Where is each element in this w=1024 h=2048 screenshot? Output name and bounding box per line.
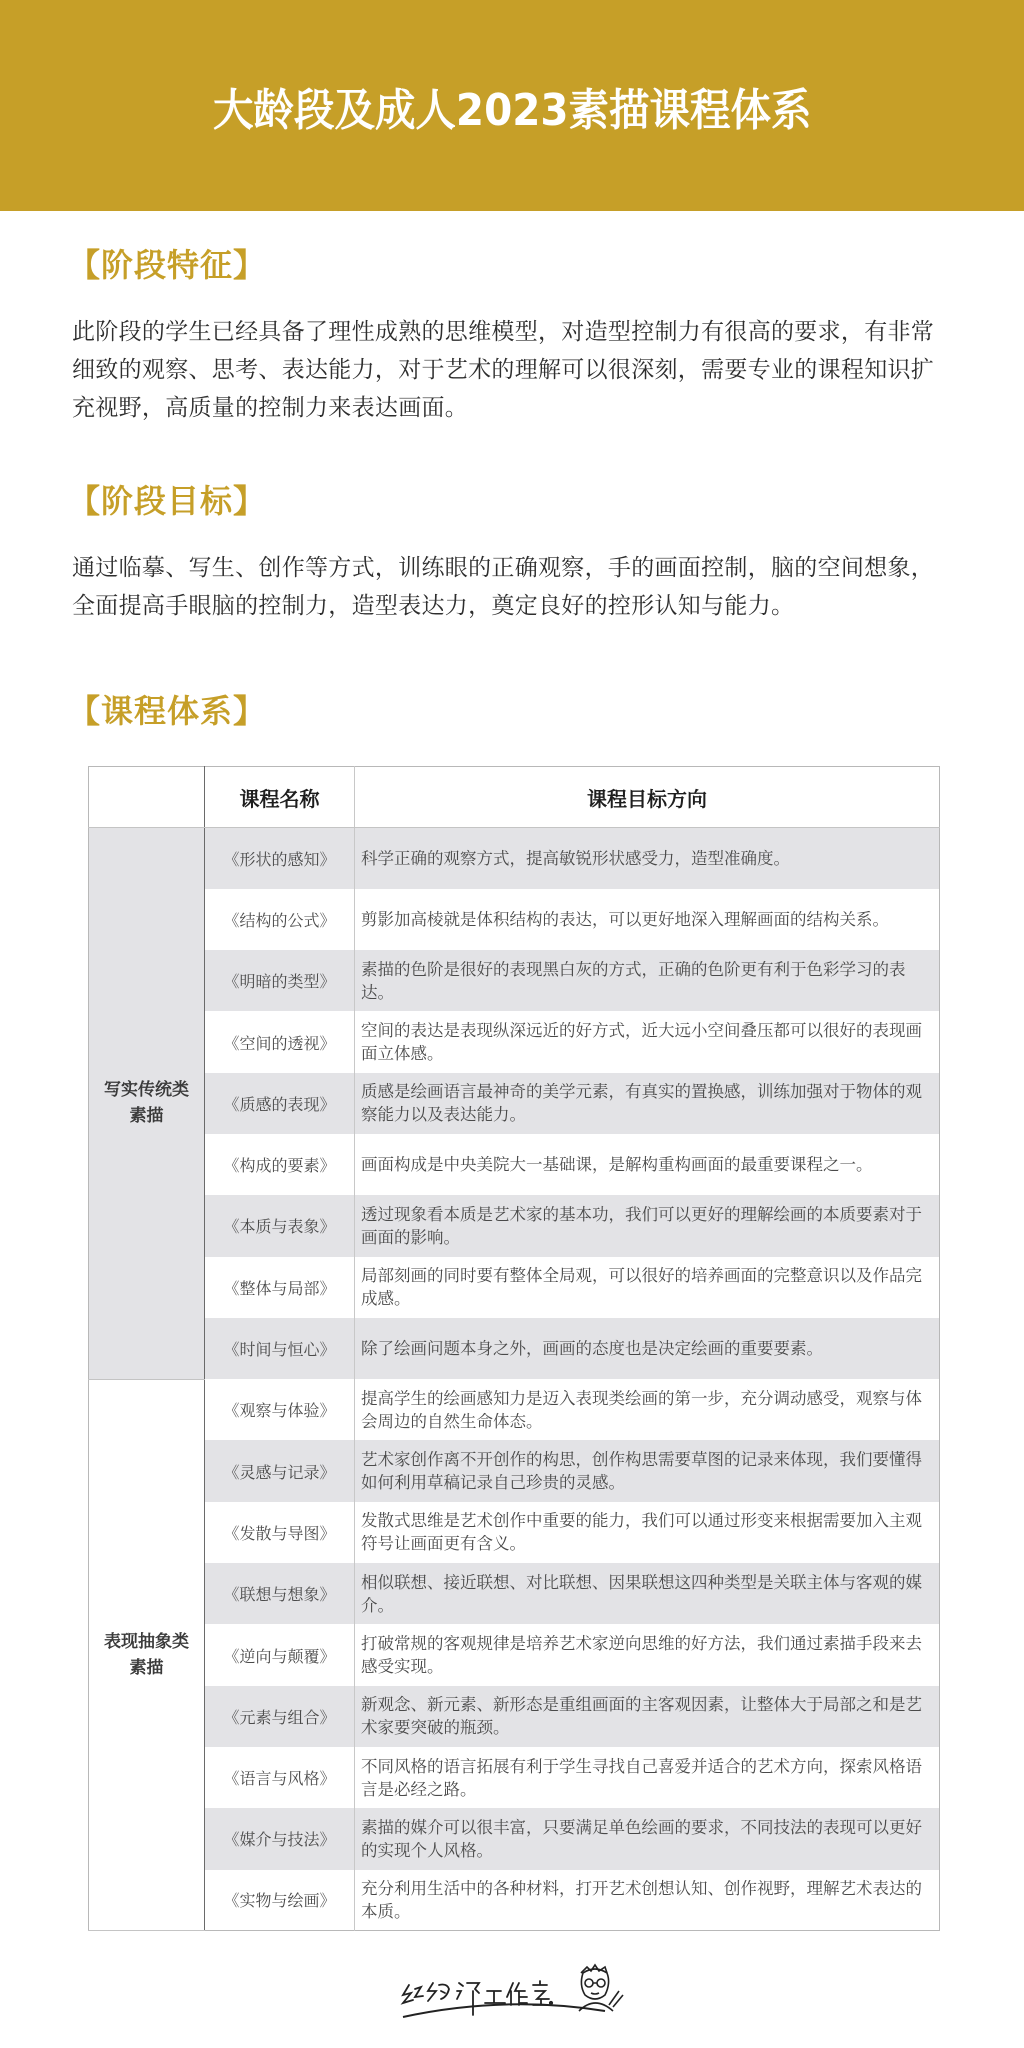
table-header-row: 课程名称 课程目标方向: [89, 767, 940, 828]
table-row: 《实物与绘画》充分利用生活中的各种材料，打开艺术创想认知、创作视野，理解艺术表达…: [89, 1870, 940, 1931]
course-goal-cell: 科学正确的观察方式，提高敏锐形状感受力，造型准确度。: [355, 828, 940, 889]
section-title-system: 【课程体系】: [68, 686, 266, 732]
course-goal-cell: 剪影加高棱就是体积结构的表达，可以更好地深入理解画面的结构关系。: [355, 889, 940, 950]
course-name-cell: 《媒介与技法》: [205, 1808, 355, 1869]
section-title-features: 【阶段特征】: [68, 240, 266, 286]
course-goal-cell: 相似联想、接近联想、对比联想、因果联想这四种类型是关联主体与客观的媒介。: [355, 1563, 940, 1624]
table-row: 《空间的透视》空间的表达是表现纵深远近的好方式，近大远小空间叠压都可以很好的表现…: [89, 1011, 940, 1072]
table-row: 《整体与局部》局部刻画的同时要有整体全局观，可以很好的培养画面的完整意识以及作品…: [89, 1257, 940, 1318]
section-title-goals: 【阶段目标】: [68, 476, 266, 522]
header-course-name: 课程名称: [205, 767, 355, 828]
table-row: 《明暗的类型》素描的色阶是很好的表现黑白灰的方式，正确的色阶更有利于色彩学习的表…: [89, 950, 940, 1011]
header-category: [89, 767, 205, 828]
category-label-line: 表现抽象类: [89, 1629, 204, 1655]
course-goal-cell: 除了绘画问题本身之外，画画的态度也是决定绘画的重要要素。: [355, 1318, 940, 1379]
course-goal-cell: 发散式思维是艺术创作中重要的能力，我们可以通过形变来根据需要加入主观符号让画面更…: [355, 1502, 940, 1563]
table-row: 《结构的公式》剪影加高棱就是体积结构的表达，可以更好地深入理解画面的结构关系。: [89, 889, 940, 950]
header-course-goal: 课程目标方向: [355, 767, 940, 828]
course-name-cell: 《空间的透视》: [205, 1011, 355, 1072]
course-goal-cell: 局部刻画的同时要有整体全局观，可以很好的培养画面的完整意识以及作品完成感。: [355, 1257, 940, 1318]
course-goal-cell: 空间的表达是表现纵深远近的好方式，近大远小空间叠压都可以很好的表现画面立体感。: [355, 1011, 940, 1072]
table-row: 《逆向与颠覆》打破常规的客观规律是培养艺术家逆向思维的好方法，我们通过素描手段来…: [89, 1624, 940, 1685]
course-name-cell: 《明暗的类型》: [205, 950, 355, 1011]
course-name-cell: 《时间与恒心》: [205, 1318, 355, 1379]
course-goal-cell: 素描的色阶是很好的表现黑白灰的方式，正确的色阶更有利于色彩学习的表达。: [355, 950, 940, 1011]
course-name-cell: 《观察与体验》: [205, 1379, 355, 1440]
studio-signature: [395, 1955, 635, 2035]
course-goal-cell: 充分利用生活中的各种材料，打开艺术创想认知、创作视野，理解艺术表达的本质。: [355, 1870, 940, 1931]
table-row: 《构成的要素》画面构成是中央美院大一基础课，是解构重构画面的最重要课程之一。: [89, 1134, 940, 1195]
table-row: 《灵感与记录》艺术家创作离不开创作的构思，创作构思需要草图的记录来体现，我们要懂…: [89, 1440, 940, 1501]
course-goal-cell: 透过现象看本质是艺术家的基本功，我们可以更好的理解绘画的本质要素对于画面的影响。: [355, 1195, 940, 1256]
course-name-cell: 《形状的感知》: [205, 828, 355, 889]
header-banner: 大龄段及成人2023素描课程体系: [0, 0, 1024, 211]
table-row: 表现抽象类素描《观察与体验》提高学生的绘画感知力是迈入表现类绘画的第一步，充分调…: [89, 1379, 940, 1440]
table-row: 《时间与恒心》除了绘画问题本身之外，画画的态度也是决定绘画的重要要素。: [89, 1318, 940, 1379]
table-row: 《本质与表象》透过现象看本质是艺术家的基本功，我们可以更好的理解绘画的本质要素对…: [89, 1195, 940, 1256]
table-row: 写实传统类素描《形状的感知》科学正确的观察方式，提高敏锐形状感受力，造型准确度。: [89, 828, 940, 889]
table-row: 《联想与想象》相似联想、接近联想、对比联想、因果联想这四种类型是关联主体与客观的…: [89, 1563, 940, 1624]
course-name-cell: 《灵感与记录》: [205, 1440, 355, 1501]
goals-paragraph: 通过临摹、写生、创作等方式，训练眼的正确观察，手的画面控制，脑的空间想象，全面提…: [72, 549, 952, 625]
course-name-cell: 《逆向与颠覆》: [205, 1624, 355, 1685]
course-goal-cell: 新观念、新元素、新形态是重组画面的主客观因素，让整体大于局部之和是艺术家要突破的…: [355, 1686, 940, 1747]
course-goal-cell: 画面构成是中央美院大一基础课，是解构重构画面的最重要课程之一。: [355, 1134, 940, 1195]
course-name-cell: 《联想与想象》: [205, 1563, 355, 1624]
table-row: 《发散与导图》发散式思维是艺术创作中重要的能力，我们可以通过形变来根据需要加入主…: [89, 1502, 940, 1563]
course-name-cell: 《本质与表象》: [205, 1195, 355, 1256]
course-goal-cell: 质感是绘画语言最神奇的美学元素，有真实的置换感，训练加强对于物体的观察能力以及表…: [355, 1073, 940, 1134]
table-row: 《媒介与技法》素描的媒介可以很丰富，只要满足单色绘画的要求，不同技法的表现可以更…: [89, 1808, 940, 1869]
course-goal-cell: 打破常规的客观规律是培养艺术家逆向思维的好方法，我们通过素描手段来去感受实现。: [355, 1624, 940, 1685]
category-cell: 写实传统类素描: [89, 828, 205, 1380]
table-row: 《语言与风格》不同风格的语言拓展有利于学生寻找自己喜爱并适合的艺术方向，探索风格…: [89, 1747, 940, 1808]
table-row: 《质感的表现》质感是绘画语言最神奇的美学元素，有真实的置换感，训练加强对于物体的…: [89, 1073, 940, 1134]
course-goal-cell: 不同风格的语言拓展有利于学生寻找自己喜爱并适合的艺术方向，探索风格语言是必经之路…: [355, 1747, 940, 1808]
course-name-cell: 《发散与导图》: [205, 1502, 355, 1563]
course-name-cell: 《实物与绘画》: [205, 1870, 355, 1931]
category-label-line: 素描: [89, 1655, 204, 1681]
signature-logo-icon: [395, 1955, 635, 2035]
course-goal-cell: 素描的媒介可以很丰富，只要满足单色绘画的要求，不同技法的表现可以更好的实现个人风…: [355, 1808, 940, 1869]
features-paragraph: 此阶段的学生已经具备了理性成熟的思维模型，对造型控制力有很高的要求，有非常细致的…: [72, 313, 952, 427]
table-row: 《元素与组合》新观念、新元素、新形态是重组画面的主客观因素，让整体大于局部之和是…: [89, 1686, 940, 1747]
course-goal-cell: 提高学生的绘画感知力是迈入表现类绘画的第一步，充分调动感受，观察与体会周边的自然…: [355, 1379, 940, 1440]
course-name-cell: 《结构的公式》: [205, 889, 355, 950]
course-goal-cell: 艺术家创作离不开创作的构思，创作构思需要草图的记录来体现，我们要懂得如何利用草稿…: [355, 1440, 940, 1501]
category-label-line: 写实传统类: [89, 1077, 204, 1103]
course-name-cell: 《构成的要素》: [205, 1134, 355, 1195]
page-title: 大龄段及成人2023素描课程体系: [213, 74, 811, 138]
course-name-cell: 《质感的表现》: [205, 1073, 355, 1134]
category-cell: 表现抽象类素描: [89, 1379, 205, 1931]
course-name-cell: 《整体与局部》: [205, 1257, 355, 1318]
course-name-cell: 《元素与组合》: [205, 1686, 355, 1747]
course-table: 课程名称 课程目标方向 写实传统类素描《形状的感知》科学正确的观察方式，提高敏锐…: [88, 766, 940, 1931]
category-label-line: 素描: [89, 1103, 204, 1129]
course-name-cell: 《语言与风格》: [205, 1747, 355, 1808]
